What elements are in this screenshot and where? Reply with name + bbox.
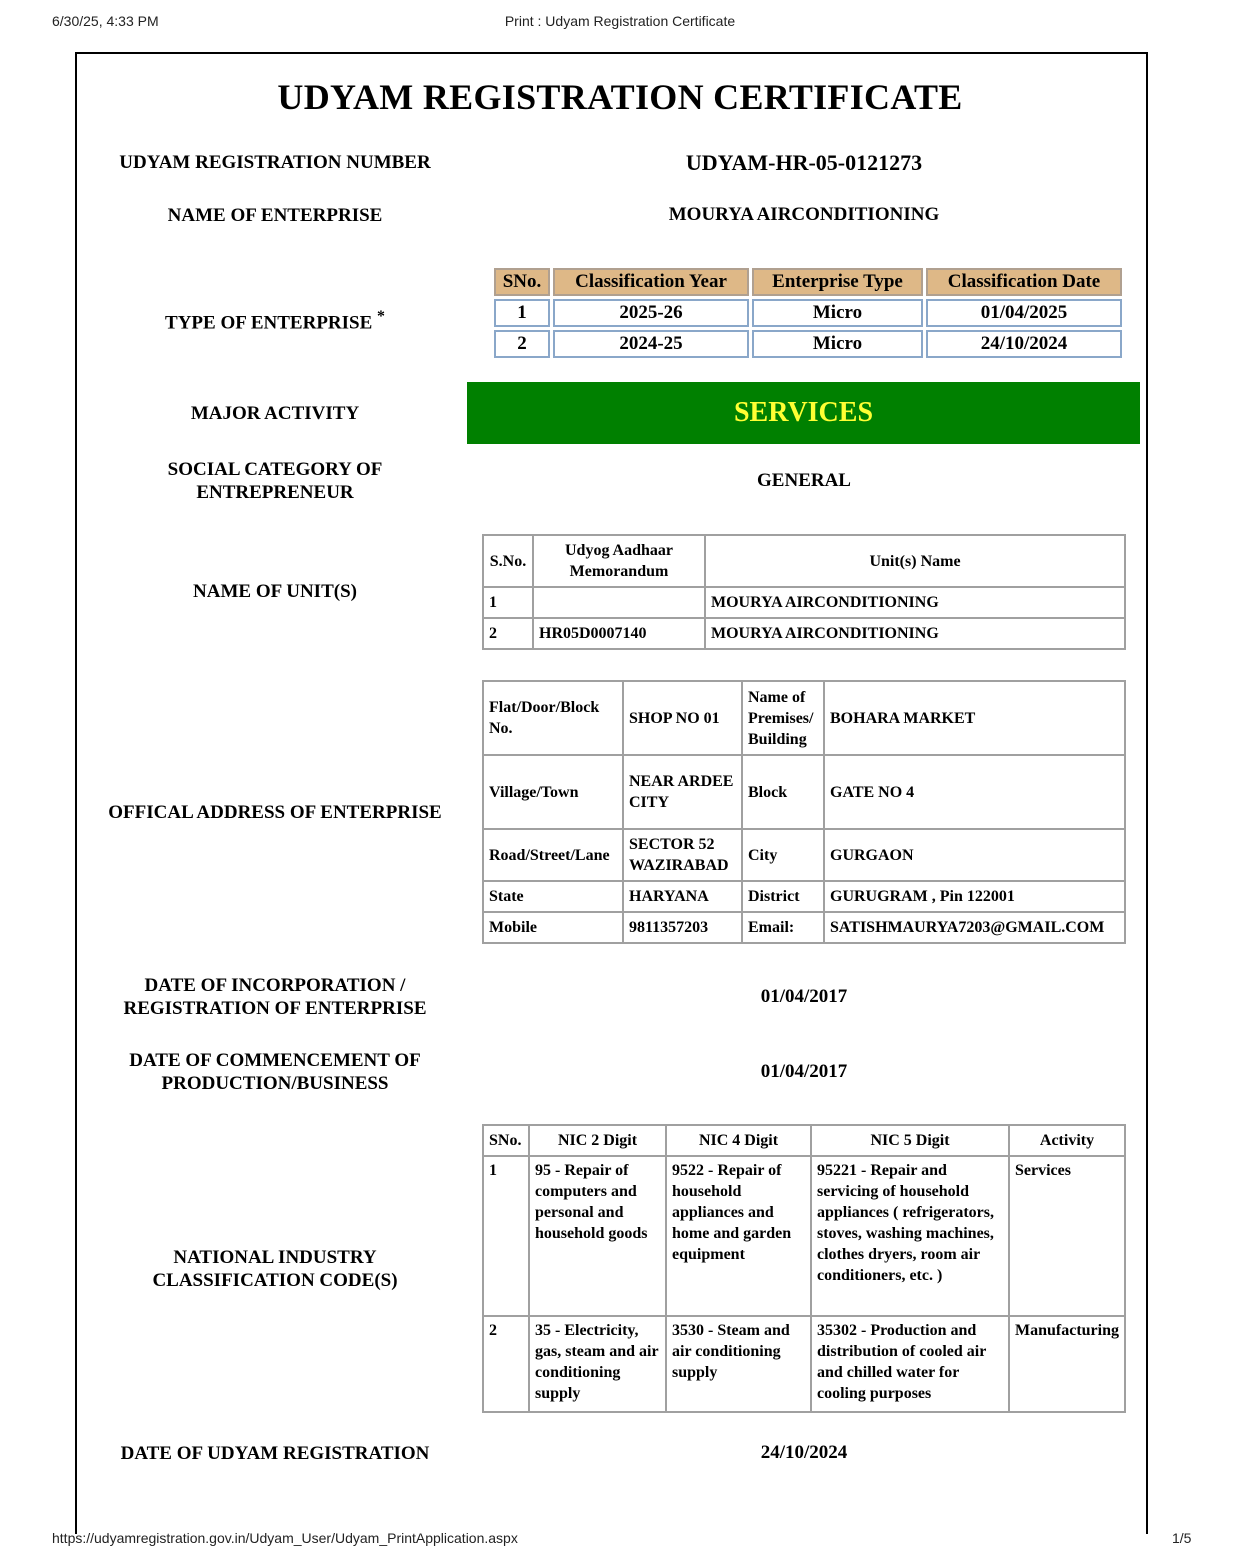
cell: Services (1009, 1156, 1125, 1316)
cell: District (742, 881, 824, 912)
cell: GATE NO 4 (824, 755, 1125, 829)
table-row: Village/Town NEAR ARDEE CITY Block GATE … (483, 755, 1125, 829)
cell: Email: (742, 912, 824, 943)
enterprise-name: MOURYA AIRCONDITIONING (468, 204, 1140, 226)
commencement-label-2: PRODUCTION/BUSINESS (162, 1073, 389, 1094)
enterprise-name-label: NAME OF ENTERPRISE (90, 204, 460, 227)
reg-number-label: UDYAM REGISTRATION NUMBER (90, 151, 460, 174)
commencement-date: 01/04/2017 (468, 1061, 1140, 1083)
address-table: Flat/Door/Block No. SHOP NO 01 Name of P… (482, 680, 1126, 944)
cell: GURGAON (824, 829, 1125, 881)
nic-table: SNo. NIC 2 Digit NIC 4 Digit NIC 5 Digit… (482, 1124, 1126, 1413)
table-row: Road/Street/Lane SECTOR 52 WAZIRABAD Cit… (483, 829, 1125, 881)
cell: HR05D0007140 (533, 618, 705, 649)
cell: HARYANA (623, 881, 742, 912)
cell: State (483, 881, 623, 912)
col-class-year: Classification Year (553, 268, 749, 296)
nic-label: NATIONAL INDUSTRYCLASSIFICATION CODE(S) (90, 1246, 460, 1292)
col-class-date: Classification Date (926, 268, 1122, 296)
cell: 1 (494, 299, 550, 327)
type-label: TYPE OF ENTERPRISE * (90, 305, 460, 334)
units-table: S.No. Udyog Aadhaar Memorandum Unit(s) N… (482, 534, 1126, 650)
cell: 2 (483, 618, 533, 649)
incorporation-label-2: REGISTRATION OF ENTERPRISE (123, 998, 426, 1019)
certificate-title: UDYAM REGISTRATION CERTIFICATE (0, 76, 1240, 118)
nic-label-1: NATIONAL INDUSTRY (173, 1247, 376, 1268)
social-category: GENERAL (468, 470, 1140, 492)
cell: Village/Town (483, 755, 623, 829)
table-row: Mobile 9811357203 Email: SATISHMAURYA720… (483, 912, 1125, 943)
cell: NEAR ARDEE CITY (623, 755, 742, 829)
table-row: 1 MOURYA AIRCONDITIONING (483, 587, 1125, 618)
major-activity-label: MAJOR ACTIVITY (90, 402, 460, 425)
page-number: 1/5 (1172, 1530, 1191, 1546)
col-activity: Activity (1009, 1125, 1125, 1156)
table-row: 2 HR05D0007140 MOURYA AIRCONDITIONING (483, 618, 1125, 649)
cell: 3530 - Steam and air conditioning supply (666, 1316, 811, 1412)
cell: 95221 - Repair and servicing of househol… (811, 1156, 1009, 1316)
incorporation-label-1: DATE OF INCORPORATION / (145, 975, 406, 996)
nic-label-2: CLASSIFICATION CODE(S) (152, 1270, 397, 1291)
col-sno: S.No. (483, 535, 533, 587)
udyam-date: 24/10/2024 (468, 1442, 1140, 1464)
col-nic4: NIC 4 Digit (666, 1125, 811, 1156)
col-nic2: NIC 2 Digit (529, 1125, 666, 1156)
col-nic5: NIC 5 Digit (811, 1125, 1009, 1156)
table-row: 2 35 - Electricity, gas, steam and air c… (483, 1316, 1125, 1412)
cell: 1 (483, 587, 533, 618)
cell: MOURYA AIRCONDITIONING (705, 618, 1125, 649)
col-ent-type: Enterprise Type (752, 268, 923, 296)
cell: 2025-26 (553, 299, 749, 327)
cell: 2024-25 (553, 330, 749, 358)
units-label: NAME OF UNIT(S) (90, 580, 460, 603)
col-sno: SNo. (483, 1125, 529, 1156)
social-category-label-1: SOCIAL CATEGORY OF (168, 459, 383, 480)
cell: 9811357203 (623, 912, 742, 943)
cell: 35302 - Production and distribution of c… (811, 1316, 1009, 1412)
col-sno: SNo. (494, 268, 550, 296)
udyam-date-label: DATE OF UDYAM REGISTRATION (90, 1442, 460, 1465)
cell: Micro (752, 330, 923, 358)
major-activity-banner: SERVICES (467, 382, 1140, 444)
cell: Road/Street/Lane (483, 829, 623, 881)
cell: Block (742, 755, 824, 829)
cell: 9522 - Repair of household appliances an… (666, 1156, 811, 1316)
asterisk: * (377, 308, 385, 325)
cell: Flat/Door/Block No. (483, 681, 623, 755)
print-title: Print : Udyam Registration Certificate (0, 13, 1240, 29)
table-row: 1 2025-26 Micro 01/04/2025 (494, 299, 1122, 327)
cell: Name of Premises/ Building (742, 681, 824, 755)
cell: 01/04/2025 (926, 299, 1122, 327)
social-category-label-2: ENTREPRENEUR (196, 482, 353, 503)
cell: Manufacturing (1009, 1316, 1125, 1412)
cell: 2 (483, 1316, 529, 1412)
address-label: OFFICAL ADDRESS OF ENTERPRISE (90, 801, 460, 824)
cell: Micro (752, 299, 923, 327)
social-category-label: SOCIAL CATEGORY OFENTREPRENEUR (90, 458, 460, 504)
table-row: State HARYANA District GURUGRAM , Pin 12… (483, 881, 1125, 912)
col-unit-name: Unit(s) Name (705, 535, 1125, 587)
cell (533, 587, 705, 618)
print-url: https://udyamregistration.gov.in/Udyam_U… (52, 1530, 518, 1546)
table-row: 2 2024-25 Micro 24/10/2024 (494, 330, 1122, 358)
cell: SECTOR 52 WAZIRABAD (623, 829, 742, 881)
table-row: Flat/Door/Block No. SHOP NO 01 Name of P… (483, 681, 1125, 755)
cell: 95 - Repair of computers and personal an… (529, 1156, 666, 1316)
incorporation-label: DATE OF INCORPORATION /REGISTRATION OF E… (90, 974, 460, 1020)
cell: 24/10/2024 (926, 330, 1122, 358)
reg-number: UDYAM-HR-05-0121273 (468, 150, 1140, 176)
incorporation-date: 01/04/2017 (468, 986, 1140, 1008)
cell: SHOP NO 01 (623, 681, 742, 755)
cell: City (742, 829, 824, 881)
cell: GURUGRAM , Pin 122001 (824, 881, 1125, 912)
cell: BOHARA MARKET (824, 681, 1125, 755)
type-label-text: TYPE OF ENTERPRISE (165, 312, 372, 333)
cell: Mobile (483, 912, 623, 943)
cell: 2 (494, 330, 550, 358)
col-uam: Udyog Aadhaar Memorandum (533, 535, 705, 587)
table-row: 1 95 - Repair of computers and personal … (483, 1156, 1125, 1316)
email-cell: SATISHMAURYA7203@GMAIL.COM (824, 912, 1125, 943)
commencement-label: DATE OF COMMENCEMENT OFPRODUCTION/BUSINE… (90, 1049, 460, 1095)
cell: 1 (483, 1156, 529, 1316)
commencement-label-1: DATE OF COMMENCEMENT OF (129, 1050, 421, 1071)
cell: 35 - Electricity, gas, steam and air con… (529, 1316, 666, 1412)
cell: MOURYA AIRCONDITIONING (705, 587, 1125, 618)
classification-table: SNo. Classification Year Enterprise Type… (491, 265, 1125, 361)
